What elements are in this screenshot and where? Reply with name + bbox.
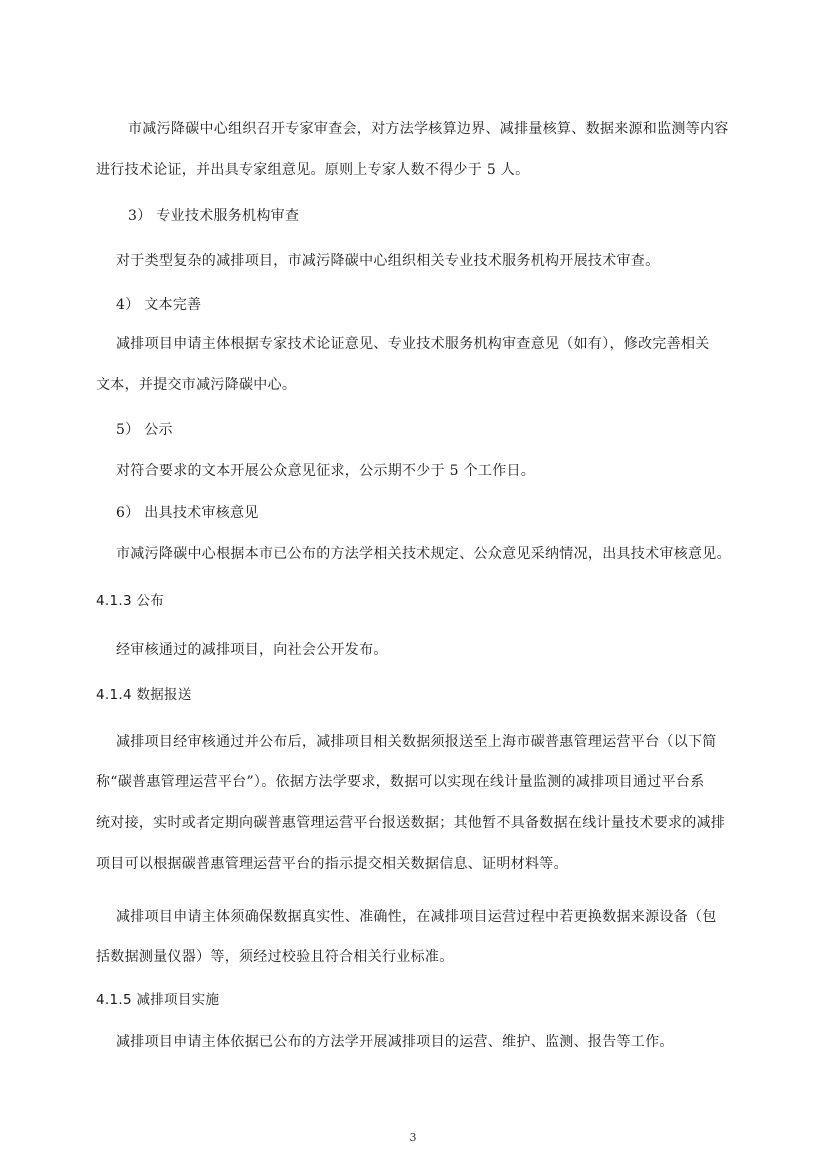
paragraph-line: 市减污降碳中心根据本市已公布的方法学相关技术规定、公众意见采纳情况，出具技术审核… <box>116 545 731 563</box>
paragraph-line: 减排项目申请主体根据专家技术论证意见、专业技术服务机构审查意见（如有），修改完善… <box>116 335 710 353</box>
section-heading-4-1-4: 4.1.4 数据报送 <box>96 686 192 704</box>
list-item: 5） 公示 <box>116 421 173 439</box>
paragraph-line: 进行技术论证，并出具专家组意见。原则上专家人数不得少于 5 人。 <box>96 161 529 179</box>
section-heading-4-1-5: 4.1.5 减排项目实施 <box>96 991 219 1009</box>
paragraph-line: 市减污降碳中心组织召开专家审查会，对方法学核算边界、减排量核算、数据来源和监测等… <box>128 120 729 138</box>
paragraph-line: 称“碳普惠管理运营平台”）。依据方法学要求，数据可以实现在线计量监测的减排项目通… <box>96 773 705 791</box>
page-number: 3 <box>0 1131 826 1144</box>
paragraph-line: 项目可以根据碳普惠管理运营平台的指示提交相关数据信息、证明材料等。 <box>96 855 568 873</box>
paragraph-line: 文本，并提交市减污降碳中心。 <box>96 376 296 394</box>
list-item: 6） 出具技术审核意见 <box>116 504 259 522</box>
paragraph-line: 减排项目申请主体须确保数据真实性、准确性，在减排项目运营过程中若更换数据来源设备… <box>116 908 717 926</box>
paragraph-line: 减排项目申请主体依据已公布的方法学开展减排项目的运营、维护、监测、报告等工作。 <box>116 1033 674 1051</box>
paragraph-line: 括数据测量仪器）等，须经过校验且符合相关行业标准。 <box>96 948 454 966</box>
paragraph-line: 对符合要求的文本开展公众意见征求，公示期不少于 5 个工作日。 <box>116 462 535 480</box>
list-item: 3） 专业技术服务机构审查 <box>128 207 299 225</box>
paragraph-line: 经审核通过的减排项目，向社会公开发布。 <box>116 641 388 659</box>
paragraph-line: 减排项目经审核通过并公布后，减排项目相关数据须报送至上海市碳普惠管理运营平台（以… <box>116 733 717 751</box>
paragraph-line: 对于类型复杂的减排项目，市减污降碳中心组织相关专业技术服务机构开展技术审查。 <box>116 252 659 270</box>
paragraph-line: 统对接，实时或者定期向碳普惠管理运营平台报送数据；其他暂不具备数据在线计量技术要… <box>96 814 725 832</box>
list-item: 4） 文本完善 <box>116 296 201 314</box>
section-heading-4-1-3: 4.1.3 公布 <box>96 592 164 610</box>
